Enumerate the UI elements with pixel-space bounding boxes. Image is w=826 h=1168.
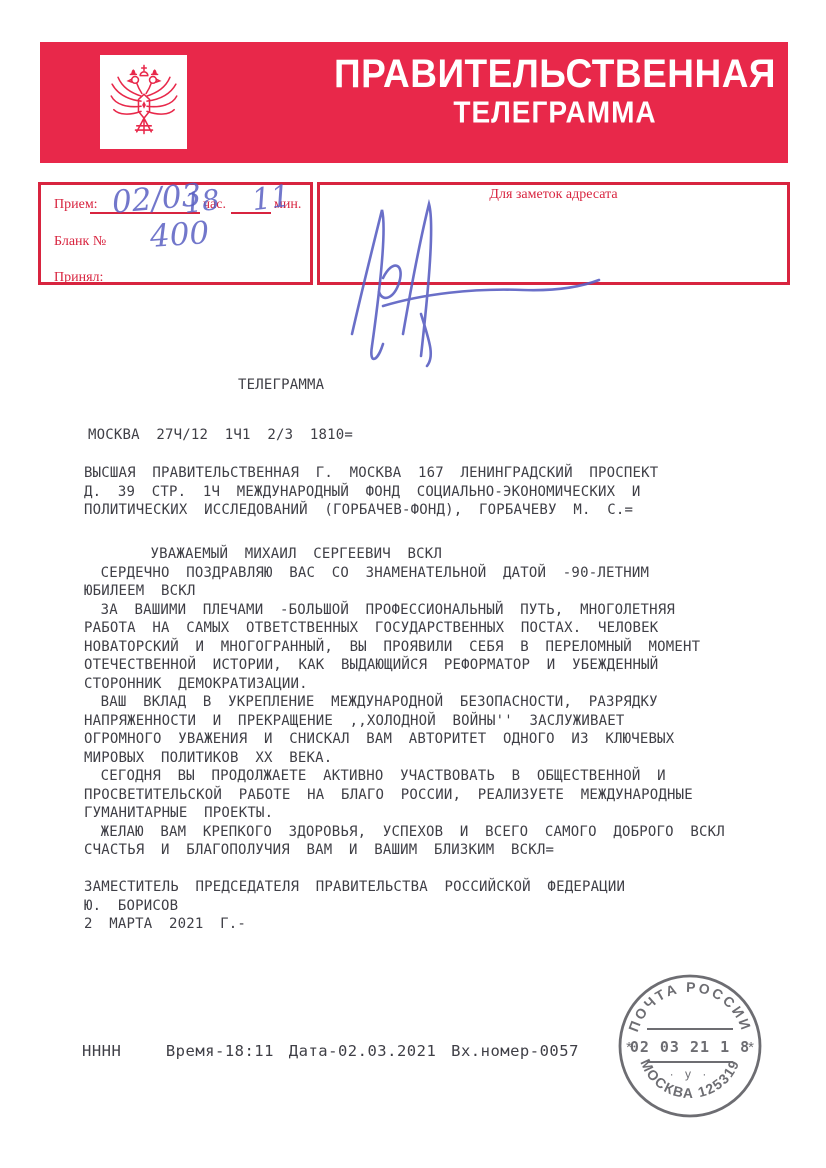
double-headed-eagle-icon	[107, 59, 181, 145]
address-block: ВЫСШАЯ ПРАВИТЕЛЬСТВЕННАЯ Г. МОСКВА 167 Л…	[84, 464, 658, 520]
banner-title-line2: ТЕЛЕГРАММА	[330, 95, 780, 132]
telegram-heading: ТЕЛЕГРАММА	[238, 376, 324, 395]
government-telegram-banner: ПРАВИТЕЛЬСТВЕННАЯ ТЕЛЕГРАММА	[40, 42, 788, 163]
telegram-scan-page: { "document_type": "scanned government t…	[0, 0, 826, 1168]
message-body: УВАЖАЕМЫЙ МИХАИЛ СЕРГЕЕВИЧ ВСКЛ СЕРДЕЧНО…	[84, 545, 725, 860]
stamp-top-text: ПОЧТА РОССИИ	[625, 979, 755, 1034]
signature-block: ЗАМЕСТИТЕЛЬ ПРЕДСЕДАТЕЛЯ ПРАВИТЕЛЬСТВА Р…	[84, 878, 625, 934]
stamp-asterisk-right: *	[748, 1039, 754, 1056]
post-of-russia-stamp: ПОЧТА РОССИИ МОСКВА 125319 02 03 21 1 8 …	[616, 972, 764, 1120]
receiver-signature	[80, 186, 620, 378]
banner-title-line1: ПРАВИТЕЛЬСТВЕННАЯ	[330, 50, 780, 98]
stamp-letter-mark: · у ·	[670, 1067, 711, 1081]
banner-title: ПРАВИТЕЛЬСТВЕННАЯ ТЕЛЕГРАММА	[330, 52, 780, 130]
service-footer-line: НННН Время-18:11 Дата-02.03.2021 Вх.номе…	[82, 1042, 579, 1060]
routing-line: МОСКВА 27Ч/12 1Ч1 2/3 1810=	[88, 426, 353, 445]
stamp-asterisk-left: *	[626, 1039, 632, 1056]
shield-rider-mark	[142, 101, 146, 109]
coat-of-arms-box	[100, 55, 187, 149]
stamp-date: 02 03 21 1 8	[630, 1038, 750, 1056]
svg-text:ПОЧТА РОССИИ: ПОЧТА РОССИИ	[625, 979, 755, 1034]
